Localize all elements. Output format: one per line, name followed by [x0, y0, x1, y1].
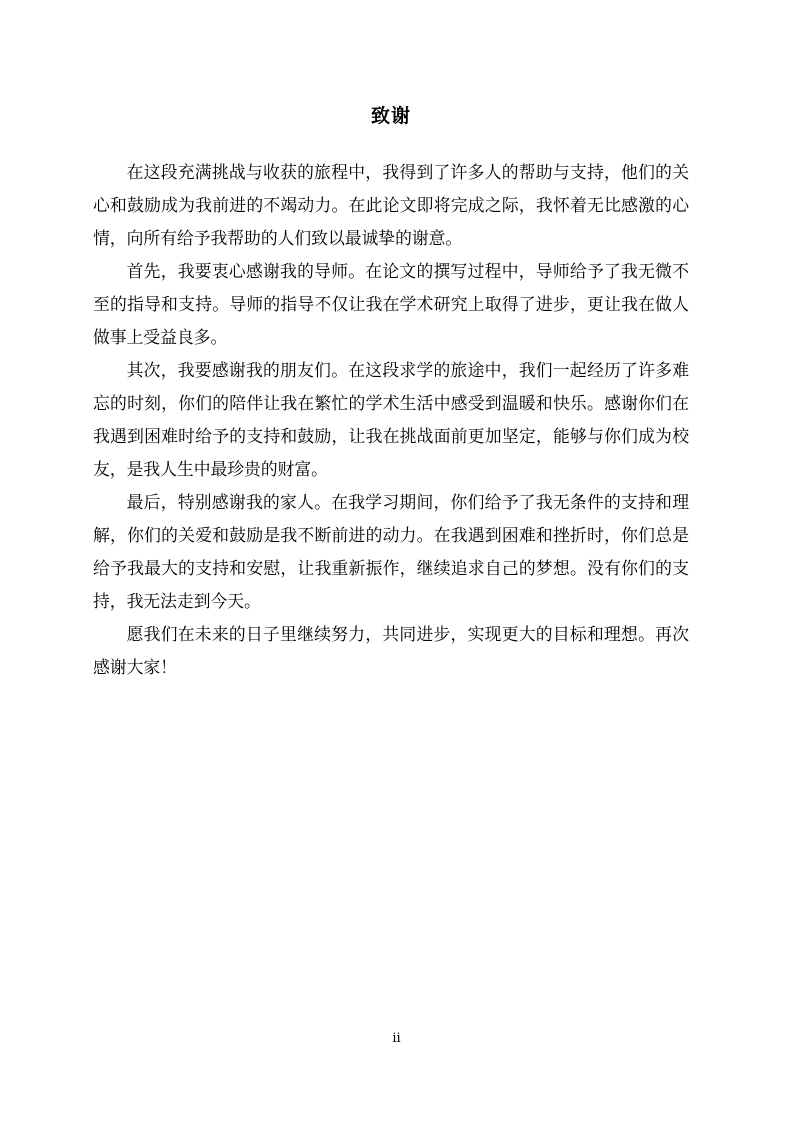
paragraph: 最后，特别感谢我的家人。在我学习期间，你们给予了我无条件的支持和理解，你们的关爱…	[93, 486, 689, 618]
page-footer: ii	[0, 1031, 793, 1047]
acknowledgements-title: 致谢	[93, 103, 689, 129]
document-page: 致谢 在这段充满挑战与收获的旅程中，我得到了许多人的帮助与支持，他们的关心和鼓励…	[0, 0, 793, 1122]
paragraph: 在这段充满挑战与收获的旅程中，我得到了许多人的帮助与支持，他们的关心和鼓励成为我…	[93, 156, 689, 255]
paragraph: 首先，我要衷心感谢我的导师。在论文的撰写过程中，导师给予了我无微不至的指导和支持…	[93, 255, 689, 354]
paragraph: 愿我们在未来的日子里继续努力，共同进步，实现更大的目标和理想。再次感谢大家！	[93, 618, 689, 684]
acknowledgements-body: 在这段充满挑战与收获的旅程中，我得到了许多人的帮助与支持，他们的关心和鼓励成为我…	[93, 156, 689, 684]
page-number: ii	[392, 1031, 400, 1046]
paragraph: 其次，我要感谢我的朋友们。在这段求学的旅途中，我们一起经历了许多难忘的时刻，你们…	[93, 354, 689, 486]
